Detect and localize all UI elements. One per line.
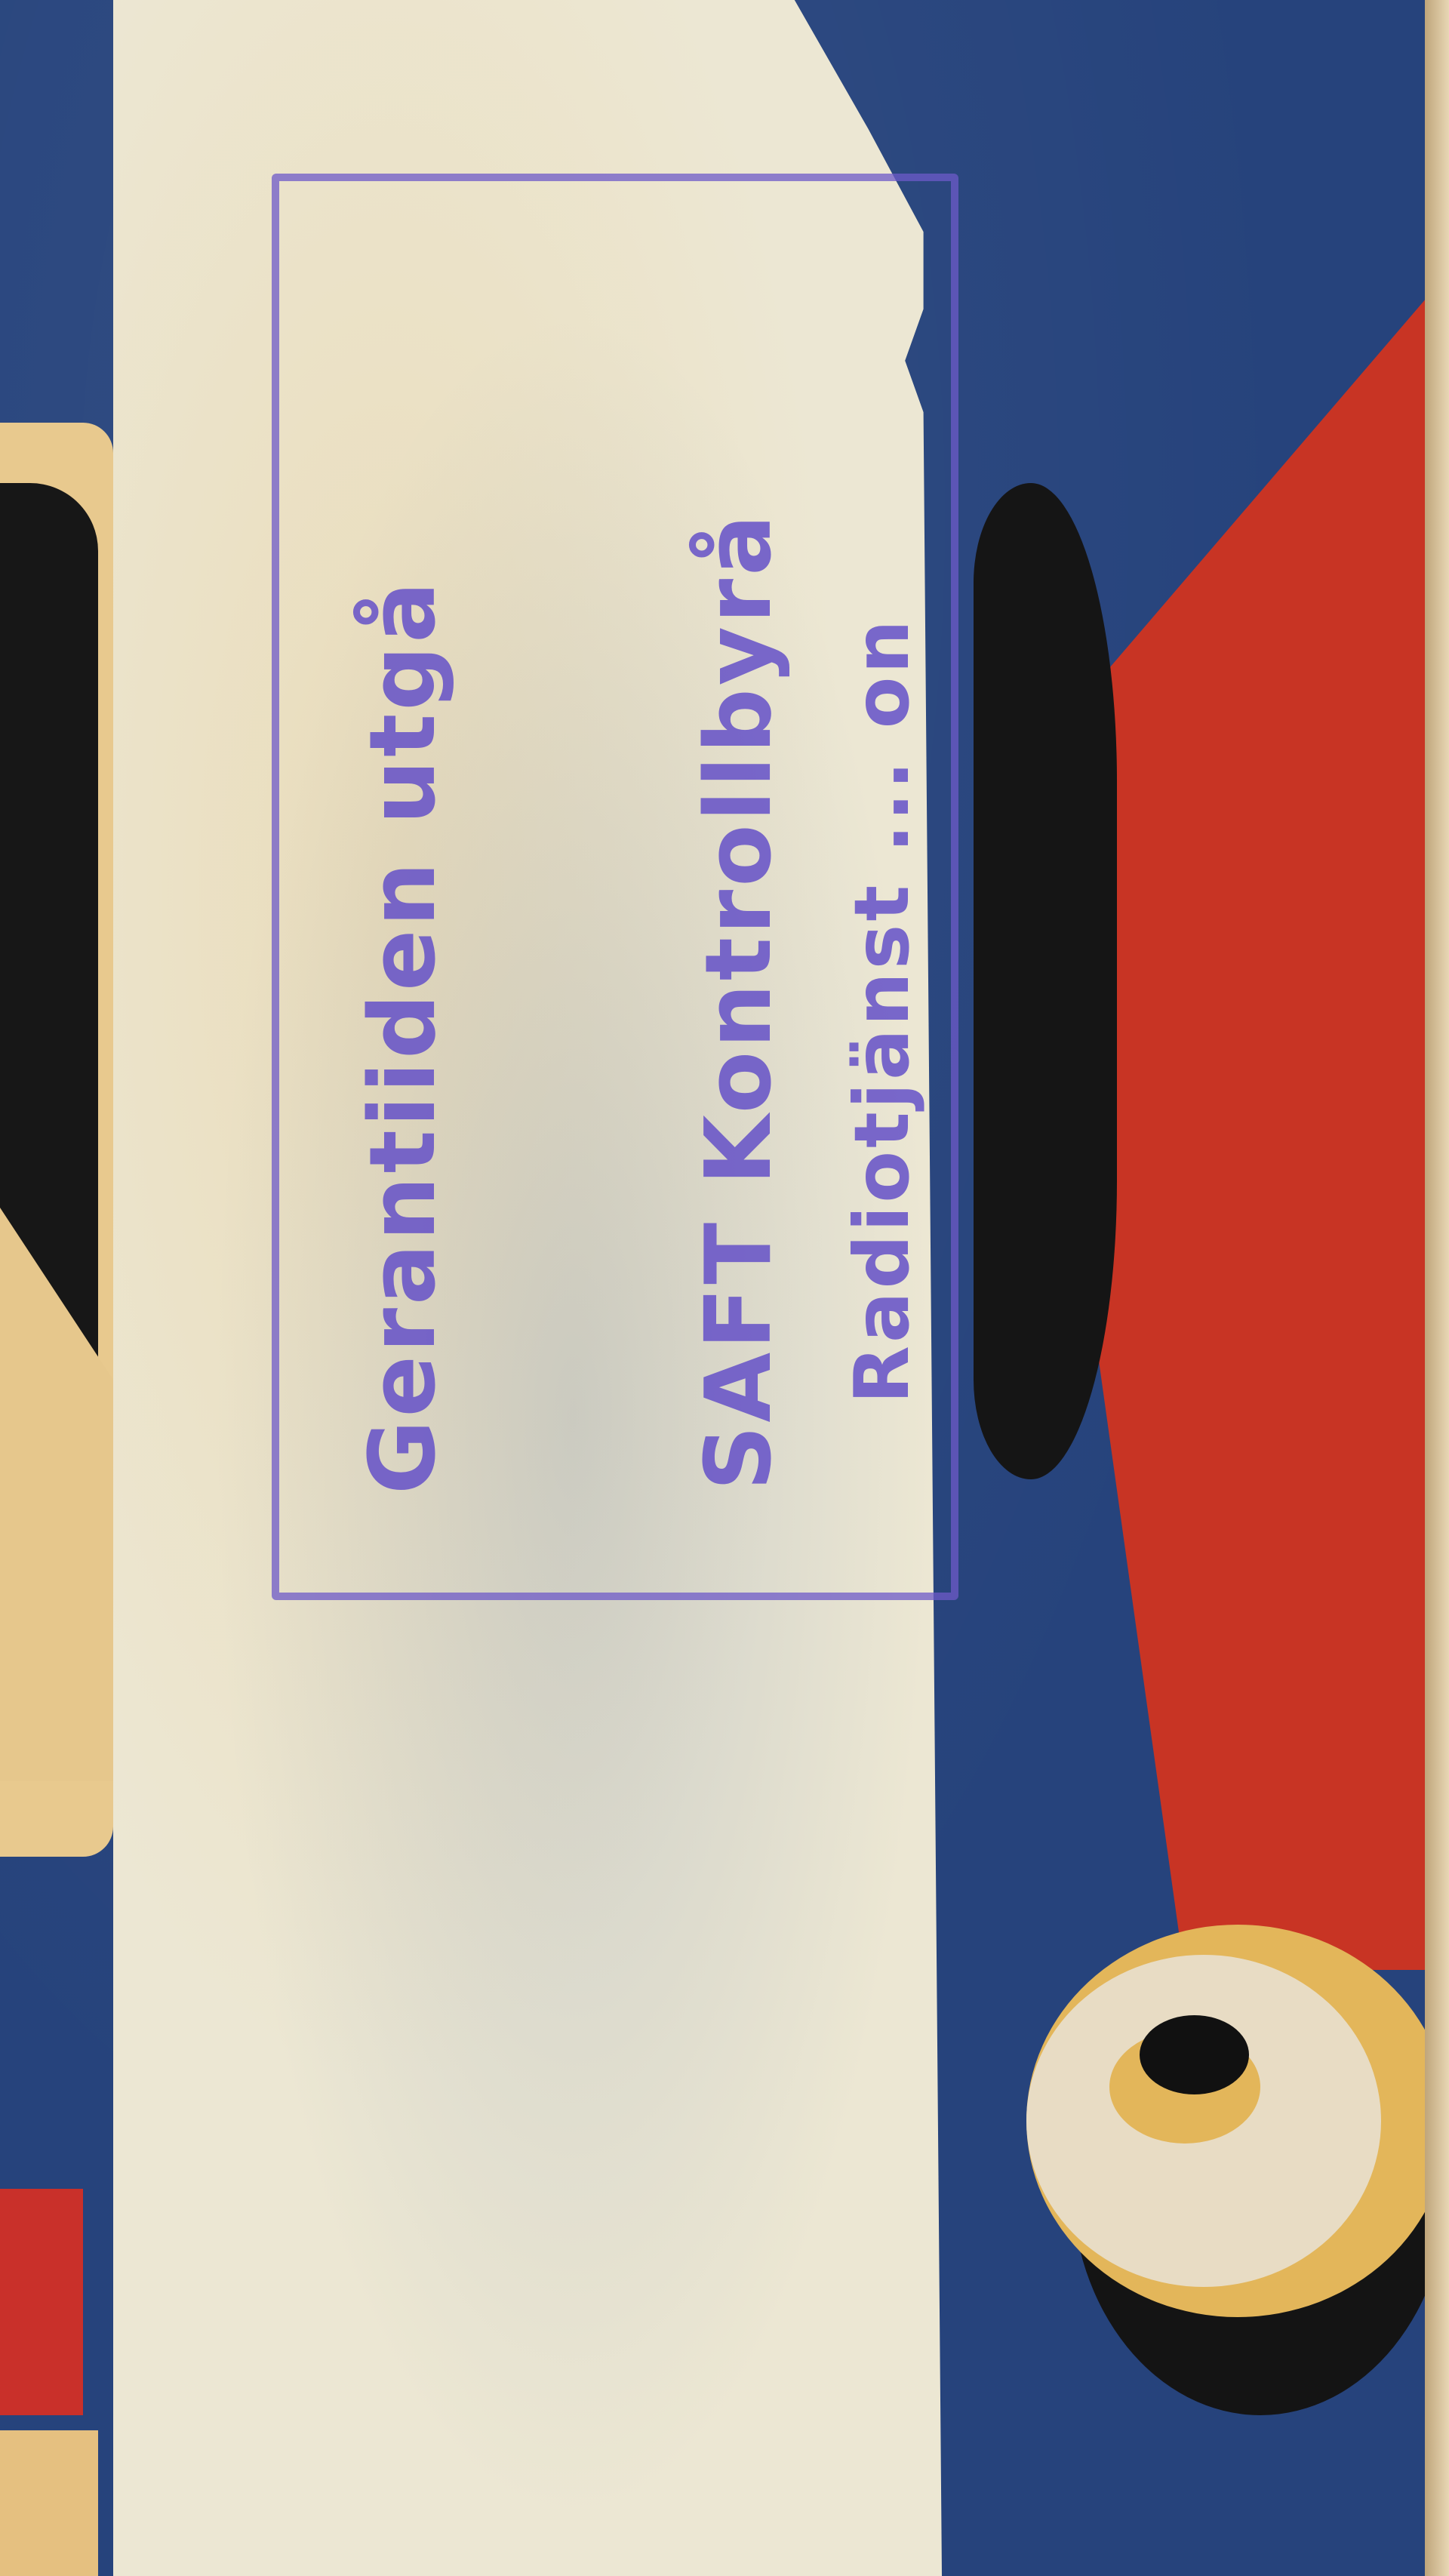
cardboard-edge xyxy=(1425,0,1449,2576)
wheel-hub xyxy=(1140,2015,1249,2094)
artwork-black-blob xyxy=(974,483,1117,1479)
stamp-line-2: SAFT Kontrollbyrå xyxy=(687,512,792,1491)
stamp-line-1: Gerantiiden utgå xyxy=(351,579,456,1494)
artwork-cream-shape-bottom xyxy=(0,2430,98,2576)
artwork-red-shape-left xyxy=(0,2189,83,2415)
stamp-line-3: Radiotjänst ... on xyxy=(838,617,926,1404)
